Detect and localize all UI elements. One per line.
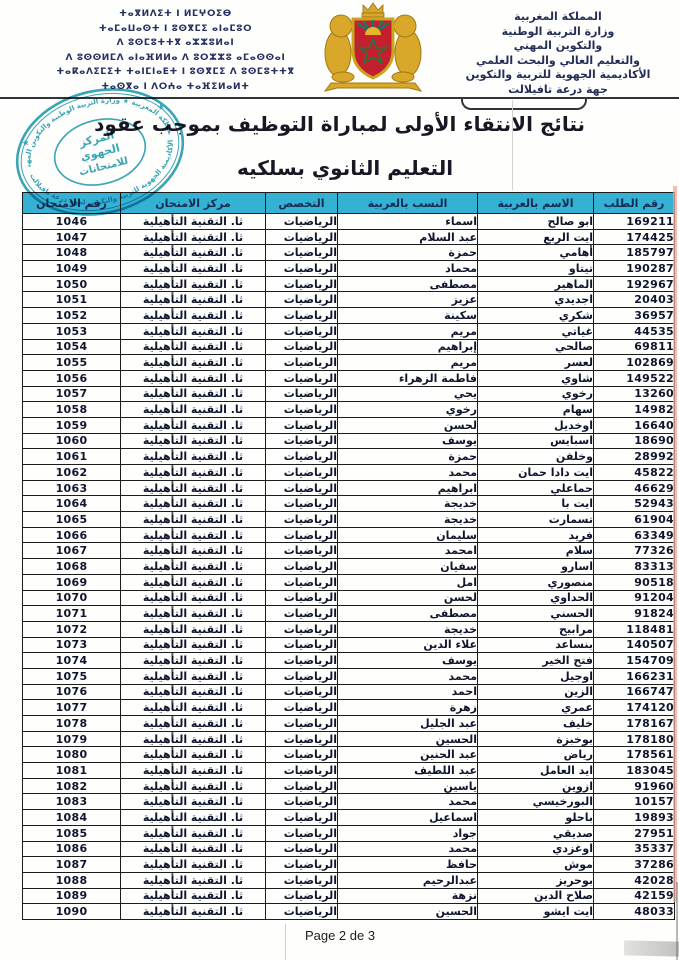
first-name-cell: رخوي <box>478 386 594 402</box>
first-name-cell: ابو صالح <box>478 214 594 230</box>
first-name-cell: اجديدي <box>478 292 594 308</box>
last-name-cell: عبد اللطيف <box>338 763 478 779</box>
request-number-cell: 35337 <box>594 841 675 857</box>
last-name-cell: لحسن <box>338 590 478 606</box>
request-number-cell: 174120 <box>594 700 675 716</box>
specialty-cell: الرياضيات <box>266 857 338 873</box>
request-number-cell: 90518 <box>594 574 675 590</box>
table-row: 52943ايت باخديجةالرياضياتثا. التقنية الت… <box>23 496 675 512</box>
table-row: 16640اوخديللحسنالرياضياتثا. التقنية التأ… <box>23 417 675 433</box>
last-name-cell: محماد <box>338 261 478 277</box>
specialty-cell: الرياضيات <box>266 700 338 716</box>
specialty-cell: الرياضيات <box>266 794 338 810</box>
exam-number-cell: 1053 <box>23 323 121 339</box>
ministry-line: المملكة المغربية <box>443 10 673 25</box>
exam-center-cell: ثا. التقنية التأهيلية <box>121 229 266 245</box>
first-name-cell: تسمارت <box>478 512 594 528</box>
specialty-cell: الرياضيات <box>266 308 338 324</box>
specialty-cell: الرياضيات <box>266 684 338 700</box>
exam-number-cell: 1086 <box>23 841 121 857</box>
last-name-cell: خديجة <box>338 621 478 637</box>
last-name-cell: زهرة <box>338 700 478 716</box>
table-row: 185797أهاميحمزةالرياضياتثا. التقنية التأ… <box>23 245 675 261</box>
exam-number-cell: 1071 <box>23 606 121 622</box>
stamp-star-left: ★ <box>21 138 31 150</box>
ministry-line: والتكوين المهني <box>443 39 673 54</box>
exam-center-cell: ثا. التقنية التأهيلية <box>121 261 266 277</box>
last-name-cell: عبد الحنين <box>338 747 478 763</box>
request-number-cell: 166747 <box>594 684 675 700</box>
table-row: 20403اجديديعزيزالرياضياتثا. التقنية التأ… <box>23 292 675 308</box>
exam-number-cell: 1075 <box>23 668 121 684</box>
scan-edge-artifact <box>673 186 677 902</box>
results-table-body: 169211ابو صالحاسماءالرياضياتثا. التقنية … <box>23 214 675 920</box>
last-name-cell: مريم <box>338 323 478 339</box>
exam-center-cell: ثا. التقنية التأهيلية <box>121 449 266 465</box>
specialty-cell: الرياضيات <box>266 214 338 230</box>
request-number-cell: 102869 <box>594 355 675 371</box>
col-request-number: رقم الطلب <box>594 193 675 214</box>
specialty-cell: الرياضيات <box>266 355 338 371</box>
table-row: 42028بوحريزعبدالرحيمالرياضياتثا. التقنية… <box>23 872 675 888</box>
last-name-cell: احمد <box>338 684 478 700</box>
table-row: 91824الحسنيمصطفىالرياضياتثا. التقنية الت… <box>23 606 675 622</box>
exam-number-cell: 1069 <box>23 574 121 590</box>
specialty-cell: الرياضيات <box>266 716 338 732</box>
first-name-cell: ايت دادا حمان <box>478 465 594 481</box>
last-name-cell: محمد <box>338 465 478 481</box>
exam-number-cell: 1061 <box>23 449 121 465</box>
exam-center-cell: ثا. التقنية التأهيلية <box>121 355 266 371</box>
exam-center-cell: ثا. التقنية التأهيلية <box>121 433 266 449</box>
table-row: 18690اسبايسيوسفالرياضياتثا. التقنية التأ… <box>23 433 675 449</box>
request-number-cell: 28992 <box>594 449 675 465</box>
request-number-cell: 48033 <box>594 904 675 920</box>
request-number-cell: 52943 <box>594 496 675 512</box>
exam-center-cell: ثا. التقنية التأهيلية <box>121 559 266 575</box>
exam-center-cell: ثا. التقنية التأهيلية <box>121 684 266 700</box>
request-number-cell: 44535 <box>594 323 675 339</box>
last-name-cell: يحي <box>338 386 478 402</box>
first-name-cell: اوخديل <box>478 417 594 433</box>
exam-center-cell: ثا. التقنية التأهيلية <box>121 527 266 543</box>
first-name-cell: شكري <box>478 308 594 324</box>
exam-center-cell: ثا. التقنية التأهيلية <box>121 543 266 559</box>
last-name-cell: اسماعيل <box>338 810 478 826</box>
last-name-cell: حمزة <box>338 449 478 465</box>
last-name-cell: علاء الدين <box>338 637 478 653</box>
banner-ribbon <box>325 83 421 91</box>
first-name-cell: الماهير <box>478 276 594 292</box>
first-name-cell: بوحريز <box>478 872 594 888</box>
ministry-line: جهة درعة تافيلالت <box>443 83 673 98</box>
table-row: 36957شكريسكينةالرياضياتثا. التقنية التأه… <box>23 308 675 324</box>
last-name-cell: جواد <box>338 825 478 841</box>
specialty-cell: الرياضيات <box>266 590 338 606</box>
table-row: 90518منصورياملالرياضياتثا. التقنية التأه… <box>23 574 675 590</box>
table-row: 44535غياتيمريمالرياضياتثا. التقنية التأه… <box>23 323 675 339</box>
last-name-cell: يوسف <box>338 433 478 449</box>
exam-number-cell: 1050 <box>23 276 121 292</box>
first-name-cell: سلام <box>478 543 594 559</box>
exam-center-cell: ثا. التقنية التأهيلية <box>121 496 266 512</box>
exam-number-cell: 1057 <box>23 386 121 402</box>
first-name-cell: غياتي <box>478 323 594 339</box>
last-name-cell: مصطفى <box>338 606 478 622</box>
last-name-cell: محمد <box>338 841 478 857</box>
tifinagh-line: ⵜⴰⵎⴰⵡⴰⵙⵜ ⵏ ⵓⵙⴳⵎⵉ ⴰⵏⴰⵎⵓⵔ <box>28 22 323 37</box>
first-name-cell: اسارو <box>478 559 594 575</box>
specialty-cell: الرياضيات <box>266 668 338 684</box>
exam-center-cell: ثا. التقنية التأهيلية <box>121 323 266 339</box>
specialty-cell: الرياضيات <box>266 574 338 590</box>
exam-center-cell: ثا. التقنية التأهيلية <box>121 386 266 402</box>
exam-center-cell: ثا. التقنية التأهيلية <box>121 763 266 779</box>
table-row: 83313اساروسفيانالرياضياتثا. التقنية التأ… <box>23 559 675 575</box>
first-name-cell: فريد <box>478 527 594 543</box>
table-row: 174425ايت الربععبد السلامالرياضياتثا. ال… <box>23 229 675 245</box>
exam-center-cell: ثا. التقنية التأهيلية <box>121 653 266 669</box>
request-number-cell: 190287 <box>594 261 675 277</box>
last-name-cell: نزهة <box>338 888 478 904</box>
request-number-cell: 154709 <box>594 653 675 669</box>
first-name-cell: تيتاو <box>478 261 594 277</box>
scan-crease <box>285 924 286 960</box>
exam-number-cell: 1066 <box>23 527 121 543</box>
table-row: 46629حماعليابراهيمالرياضياتثا. التقنية ا… <box>23 480 675 496</box>
exam-center-cell: ثا. التقنية التأهيلية <box>121 904 266 920</box>
first-name-cell: عمري <box>478 700 594 716</box>
exam-center-cell: ثا. التقنية التأهيلية <box>121 292 266 308</box>
specialty-cell: الرياضيات <box>266 543 338 559</box>
specialty-cell: الرياضيات <box>266 480 338 496</box>
exam-number-cell: 1090 <box>23 904 121 920</box>
request-number-cell: 45822 <box>594 465 675 481</box>
specialty-cell: الرياضيات <box>266 778 338 794</box>
request-number-cell: 18690 <box>594 433 675 449</box>
specialty-cell: الرياضيات <box>266 245 338 261</box>
col-first-name: الاسم بالعربية <box>478 193 594 214</box>
exam-center-cell: ثا. التقنية التأهيلية <box>121 606 266 622</box>
exam-number-cell: 1062 <box>23 465 121 481</box>
table-row: 61904تسمارتخديجةالرياضياتثا. التقنية الت… <box>23 512 675 528</box>
request-number-cell: 14982 <box>594 402 675 418</box>
request-number-cell: 63349 <box>594 527 675 543</box>
request-number-cell: 61904 <box>594 512 675 528</box>
table-row: 69811صالحيإبراهيمالرياضياتثا. التقنية ال… <box>23 339 675 355</box>
request-number-cell: 91204 <box>594 590 675 606</box>
specialty-cell: الرياضيات <box>266 386 338 402</box>
exam-number-cell: 1076 <box>23 684 121 700</box>
table-row: 178167خليفعبد الجليلالرياضياتثا. التقنية… <box>23 716 675 732</box>
table-row: 91204الحداويلحسنالرياضياتثا. التقنية الت… <box>23 590 675 606</box>
table-row: 118481مرابيحخديجةالرياضياتثا. التقنية ال… <box>23 621 675 637</box>
exam-number-cell: 1052 <box>23 308 121 324</box>
document-page: ⵜⴰⴳⵍⴷⵉⵜ ⵏ ⵍⵎⵖⵔⵉⴱ ⵜⴰⵎⴰⵡⴰⵙⵜ ⵏ ⵓⵙⴳⵎⵉ ⴰⵏⴰⵎⵓⵔ… <box>0 0 679 960</box>
first-name-cell: ايت الربع <box>478 229 594 245</box>
exam-number-cell: 1078 <box>23 716 121 732</box>
exam-number-cell: 1089 <box>23 888 121 904</box>
exam-center-cell: ثا. التقنية التأهيلية <box>121 778 266 794</box>
specialty-cell: الرياضيات <box>266 763 338 779</box>
request-number-cell: 37286 <box>594 857 675 873</box>
exam-number-cell: 1060 <box>23 433 121 449</box>
last-name-cell: سفيان <box>338 559 478 575</box>
first-name-cell: اسبايس <box>478 433 594 449</box>
scan-edge-artifact <box>676 882 678 960</box>
request-number-cell: 91960 <box>594 778 675 794</box>
exam-number-cell: 1080 <box>23 747 121 763</box>
request-number-cell: 185797 <box>594 245 675 261</box>
last-name-cell: سليمان <box>338 527 478 543</box>
lion-left <box>325 15 354 82</box>
last-name-cell: إبراهيم <box>338 339 478 355</box>
first-name-cell: موش <box>478 857 594 873</box>
exam-center-cell: ثا. التقنية التأهيلية <box>121 276 266 292</box>
exam-center-cell: ثا. التقنية التأهيلية <box>121 621 266 637</box>
last-name-cell: خديجة <box>338 512 478 528</box>
first-name-cell: شاوي <box>478 370 594 386</box>
exam-number-cell: 1067 <box>23 543 121 559</box>
table-row: 91960ازوينياسينالرياضياتثا. التقنية التأ… <box>23 778 675 794</box>
exam-center-cell: ثا. التقنية التأهيلية <box>121 810 266 826</box>
exam-number-cell: 1084 <box>23 810 121 826</box>
exam-number-cell: 1058 <box>23 402 121 418</box>
table-row: 178561رياضعبد الحنينالرياضياتثا. التقنية… <box>23 747 675 763</box>
first-name-cell: حماعلي <box>478 480 594 496</box>
specialty-cell: الرياضيات <box>266 276 338 292</box>
request-number-cell: 178561 <box>594 747 675 763</box>
table-row: 166747الزيناحمدالرياضياتثا. التقنية التأ… <box>23 684 675 700</box>
request-number-cell: 69811 <box>594 339 675 355</box>
exam-number-cell: 1077 <box>23 700 121 716</box>
request-number-cell: 174425 <box>594 229 675 245</box>
last-name-cell: محمد <box>338 794 478 810</box>
first-name-cell: ايد العامل <box>478 763 594 779</box>
last-name-cell: اسماء <box>338 214 478 230</box>
exam-center-cell: ثا. التقنية التأهيلية <box>121 637 266 653</box>
specialty-cell: الرياضيات <box>266 449 338 465</box>
exam-number-cell: 1079 <box>23 731 121 747</box>
request-number-cell: 19893 <box>594 810 675 826</box>
stamp-star-right: ★ <box>156 102 166 114</box>
last-name-cell: فاطمة الزهراء <box>338 370 478 386</box>
specialty-cell: الرياضيات <box>266 339 338 355</box>
specialty-cell: الرياضيات <box>266 433 338 449</box>
request-number-cell: 178180 <box>594 731 675 747</box>
request-number-cell: 118481 <box>594 621 675 637</box>
specialty-cell: الرياضيات <box>266 904 338 920</box>
table-row: 35337اوغزديمحمدالرياضياتثا. التقنية التأ… <box>23 841 675 857</box>
exam-center-cell: ثا. التقنية التأهيلية <box>121 731 266 747</box>
ministry-line: الأكاديمية الجهوية للتربية والتكوين <box>443 68 673 83</box>
tifinagh-line: ⵜⴰⴳⵍⴷⵉⵜ ⵏ ⵍⵎⵖⵔⵉⴱ <box>28 7 323 22</box>
specialty-cell: الرياضيات <box>266 810 338 826</box>
table-row: 45822ايت دادا حمانمحمدالرياضياتثا. التقن… <box>23 465 675 481</box>
table-row: 63349فريدسليمانالرياضياتثا. التقنية التأ… <box>23 527 675 543</box>
exam-number-cell: 1087 <box>23 857 121 873</box>
specialty-cell: الرياضيات <box>266 825 338 841</box>
table-row: 190287تيتاومحمادالرياضياتثا. التقنية الت… <box>23 261 675 277</box>
exam-center-cell: ثا. التقنية التأهيلية <box>121 841 266 857</box>
first-name-cell: صالحي <box>478 339 594 355</box>
specialty-cell: الرياضيات <box>266 292 338 308</box>
first-name-cell: باحلو <box>478 810 594 826</box>
last-name-cell: ياسين <box>338 778 478 794</box>
table-row: 178180بوخبزةالحسينالرياضياتثا. التقنية ا… <box>23 731 675 747</box>
specialty-cell: الرياضيات <box>266 402 338 418</box>
request-number-cell: 16640 <box>594 417 675 433</box>
exam-number-cell: 1063 <box>23 480 121 496</box>
first-name-cell: الحداوي <box>478 590 594 606</box>
specialty-cell: الرياضيات <box>266 512 338 528</box>
specialty-cell: الرياضيات <box>266 731 338 747</box>
exam-number-cell: 1073 <box>23 637 121 653</box>
table-row: 149522شاويفاطمة الزهراءالرياضياتثا. التق… <box>23 370 675 386</box>
first-name-cell: اوجيل <box>478 668 594 684</box>
exam-number-cell: 1049 <box>23 261 121 277</box>
exam-number-cell: 1048 <box>23 245 121 261</box>
exam-number-cell: 1068 <box>23 559 121 575</box>
table-row: 183045ايد العاملعبد اللطيفالرياضياتثا. ا… <box>23 763 675 779</box>
specialty-cell: الرياضيات <box>266 465 338 481</box>
request-number-cell: 178167 <box>594 716 675 732</box>
exam-center-cell: ثا. التقنية التأهيلية <box>121 668 266 684</box>
request-number-cell: 169211 <box>594 214 675 230</box>
request-number-cell: 27951 <box>594 825 675 841</box>
request-number-cell: 42028 <box>594 872 675 888</box>
exam-number-cell: 1083 <box>23 794 121 810</box>
lion-right <box>392 15 421 82</box>
specialty-cell: الرياضيات <box>266 606 338 622</box>
exam-number-cell: 1088 <box>23 872 121 888</box>
exam-center-cell: ثا. التقنية التأهيلية <box>121 339 266 355</box>
last-name-cell: امحمد <box>338 543 478 559</box>
specialty-cell: الرياضيات <box>266 527 338 543</box>
last-name-cell: مريم <box>338 355 478 371</box>
request-number-cell: 166231 <box>594 668 675 684</box>
request-number-cell: 42159 <box>594 888 675 904</box>
table-row: 19893باحلواسماعيلالرياضياتثا. التقنية ال… <box>23 810 675 826</box>
specialty-cell: الرياضيات <box>266 323 338 339</box>
request-number-cell: 183045 <box>594 763 675 779</box>
last-name-cell: حمزة <box>338 245 478 261</box>
exam-center-cell: ثا. التقنية التأهيلية <box>121 888 266 904</box>
table-row: 28992وخلفنحمزةالرياضياتثا. التقنية التأه… <box>23 449 675 465</box>
exam-center-cell: ثا. التقنية التأهيلية <box>121 417 266 433</box>
official-stamp: المملكة المغربية ★ وزارة التربية الوطنية… <box>4 76 196 228</box>
exam-number-cell: 1056 <box>23 370 121 386</box>
specialty-cell: الرياضيات <box>266 653 338 669</box>
first-name-cell: البورخيسي <box>478 794 594 810</box>
results-table: رقم الطلب الاسم بالعربية النسب بالعربية … <box>22 192 675 920</box>
coat-of-arms-logo <box>297 1 449 98</box>
table-row: 166231اوجيلمحمدالرياضياتثا. التقنية التأ… <box>23 668 675 684</box>
last-name-cell: سكينة <box>338 308 478 324</box>
request-number-cell: 140507 <box>594 637 675 653</box>
exam-center-cell: ثا. التقنية التأهيلية <box>121 370 266 386</box>
exam-center-cell: ثا. التقنية التأهيلية <box>121 465 266 481</box>
first-name-cell: مرابيح <box>478 621 594 637</box>
page-number: Page 2 de 3 <box>270 928 410 943</box>
table-row: 192967الماهيرمصطفىالرياضياتثا. التقنية ا… <box>23 276 675 292</box>
exam-center-cell: ثا. التقنية التأهيلية <box>121 308 266 324</box>
table-row: 140507بنساعدعلاء الدينالرياضياتثا. التقن… <box>23 637 675 653</box>
table-row: 48033ايت ايشوالحسينالرياضياتثا. التقنية … <box>23 904 675 920</box>
col-specialty: التخصص <box>266 193 338 214</box>
last-name-cell: محمد <box>338 668 478 684</box>
table-row: 174120عمريزهرةالرياضياتثا. التقنية التأه… <box>23 700 675 716</box>
last-name-cell: خديجة <box>338 496 478 512</box>
table-row: 37286موشحافظالرياضياتثا. التقنية التأهيل… <box>23 857 675 873</box>
table-row: 42159صلاح الديننزهةالرياضياتثا. التقنية … <box>23 888 675 904</box>
exam-center-cell: ثا. التقنية التأهيلية <box>121 245 266 261</box>
specialty-cell: الرياضيات <box>266 496 338 512</box>
exam-number-cell: 1047 <box>23 229 121 245</box>
scan-crease <box>512 100 513 190</box>
first-name-cell: أهامي <box>478 245 594 261</box>
scan-edge-artifact <box>624 940 679 956</box>
table-row: 27951صديقيجوادالرياضياتثا. التقنية التأه… <box>23 825 675 841</box>
last-name-cell: لحسن <box>338 417 478 433</box>
first-name-cell: الحسني <box>478 606 594 622</box>
last-name-cell: عبد الجليل <box>338 716 478 732</box>
first-name-cell: ازوين <box>478 778 594 794</box>
exam-center-cell: ثا. التقنية التأهيلية <box>121 872 266 888</box>
specialty-cell: الرياضيات <box>266 888 338 904</box>
exam-number-cell: 1074 <box>23 653 121 669</box>
first-name-cell: رياض <box>478 747 594 763</box>
request-number-cell: 77326 <box>594 543 675 559</box>
request-number-cell: 91824 <box>594 606 675 622</box>
request-number-cell: 149522 <box>594 370 675 386</box>
specialty-cell: الرياضيات <box>266 559 338 575</box>
exam-center-cell: ثا. التقنية التأهيلية <box>121 512 266 528</box>
exam-number-cell: 1059 <box>23 417 121 433</box>
request-number-cell: 36957 <box>594 308 675 324</box>
col-last-name: النسب بالعربية <box>338 193 478 214</box>
table-row: 77326سلامامحمدالرياضياتثا. التقنية التأه… <box>23 543 675 559</box>
exam-number-cell: 1070 <box>23 590 121 606</box>
exam-number-cell: 1051 <box>23 292 121 308</box>
ministry-line: وزارة التربية الوطنية <box>443 25 673 40</box>
last-name-cell: عبدالرحيم <box>338 872 478 888</box>
exam-number-cell: 1082 <box>23 778 121 794</box>
first-name-cell: بوخبزة <box>478 731 594 747</box>
specialty-cell: الرياضيات <box>266 229 338 245</box>
first-name-cell: ايت با <box>478 496 594 512</box>
request-number-cell: 83313 <box>594 559 675 575</box>
last-name-cell: الحسين <box>338 904 478 920</box>
specialty-cell: الرياضيات <box>266 872 338 888</box>
last-name-cell: امل <box>338 574 478 590</box>
exam-center-cell: ثا. التقنية التأهيلية <box>121 402 266 418</box>
first-name-cell: سهام <box>478 402 594 418</box>
tifinagh-line: ⴷ ⵓⵙⵎⵓⵜⵜⴳ ⴰⵣⵣⵓⵍⴰⵏ <box>28 36 323 51</box>
exam-center-cell: ثا. التقنية التأهيلية <box>121 700 266 716</box>
exam-center-cell: ثا. التقنية التأهيلية <box>121 857 266 873</box>
exam-number-cell: 1065 <box>23 512 121 528</box>
exam-number-cell: 1081 <box>23 763 121 779</box>
tifinagh-line: ⴷ ⵓⵙⵙⵍⵎⴷ ⴰⵏⴰⴼⵍⵍⴰ ⴷ ⵓⵔⵣⵣⵓ ⴰⵎⴰⵙⵙⴰⵏ <box>28 51 323 66</box>
exam-number-cell: 1054 <box>23 339 121 355</box>
request-number-cell: 13260 <box>594 386 675 402</box>
exam-center-cell: ثا. التقنية التأهيلية <box>121 590 266 606</box>
specialty-cell: الرياضيات <box>266 621 338 637</box>
last-name-cell: ابراهيم <box>338 480 478 496</box>
first-name-cell: الزين <box>478 684 594 700</box>
first-name-cell: لعسر <box>478 355 594 371</box>
